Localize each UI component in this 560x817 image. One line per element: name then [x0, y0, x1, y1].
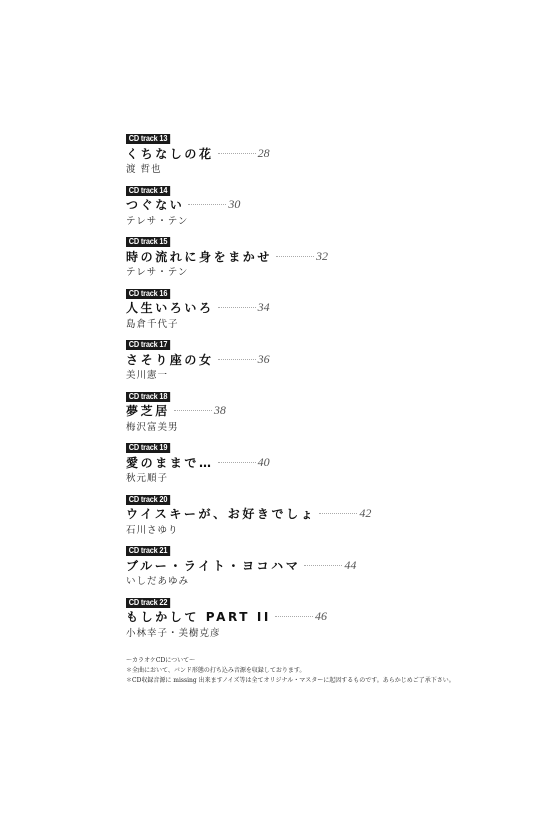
song-title: つぐない: [126, 196, 184, 213]
page-number: 34: [258, 300, 270, 315]
dotted-leader: [275, 616, 313, 617]
track-badge: CD track 20: [126, 495, 170, 505]
title-row: 夢芝居 38: [126, 404, 486, 418]
dotted-leader: [218, 153, 256, 154]
page-number: 40: [258, 455, 270, 470]
dotted-leader: [276, 256, 314, 257]
artist-name: テレサ・テン: [126, 264, 486, 278]
page-number: 32: [316, 249, 328, 264]
dotted-leader: [319, 513, 357, 514]
toc-entry-19: CD track 19 愛のままで… 40 秋元順子: [126, 435, 486, 487]
song-title: 愛のままで…: [126, 454, 214, 471]
track-badge: CD track 17: [126, 340, 170, 350]
title-row: 人生いろいろ 34: [126, 301, 486, 315]
dotted-leader: [174, 410, 212, 411]
track-badge: CD track 19: [126, 443, 170, 453]
track-badge: CD track 16: [126, 289, 170, 299]
track-badge: CD track 13: [126, 134, 170, 144]
title-row: 愛のままで… 40: [126, 455, 486, 469]
page-number: 30: [228, 197, 240, 212]
artist-name: テレサ・テン: [126, 213, 486, 227]
dotted-leader: [218, 462, 256, 463]
track-badge: CD track 14: [126, 186, 170, 196]
toc-entry-14: CD track 14 つぐない 30 テレサ・テン: [126, 178, 486, 230]
toc-entry-21: CD track 21 ブルー・ライト・ヨコハマ 44 いしだあゆみ: [126, 538, 486, 590]
song-title: 夢芝居: [126, 402, 170, 419]
song-title: さそり座の女: [126, 351, 214, 368]
title-row: 時の流れに身をまかせ 32: [126, 249, 486, 263]
track-badge: CD track 21: [126, 546, 170, 556]
title-row: もしかして PART II 46: [126, 610, 486, 624]
song-title: もしかして PART II: [126, 608, 271, 625]
dotted-leader: [218, 359, 256, 360]
dotted-leader: [304, 565, 342, 566]
song-title: 人生いろいろ: [126, 299, 214, 316]
artist-name: 美川憲一: [126, 367, 486, 381]
title-row: くちなしの花 28: [126, 146, 486, 160]
toc-entry-22: CD track 22 もしかして PART II 46 小林幸子・美樹克彦: [126, 590, 486, 642]
artist-name: 島倉千代子: [126, 316, 486, 330]
dotted-leader: [188, 204, 226, 205]
track-badge: CD track 18: [126, 392, 170, 402]
song-title: ウイスキーが、お好きでしょ: [126, 505, 315, 522]
toc-entry-18: CD track 18 夢芝居 38 梅沢富美男: [126, 384, 486, 436]
page-number: 42: [359, 506, 371, 521]
artist-name: 渡 哲也: [126, 161, 486, 175]
song-title: ブルー・ライト・ヨコハマ: [126, 557, 300, 574]
toc-entry-17: CD track 17 さそり座の女 36 美川憲一: [126, 332, 486, 384]
karaoke-cd-notes: 〜カラオケCDについて〜 ＊全曲において、バンド形態の打ち込み音源を収録しており…: [126, 656, 455, 686]
notes-line-1: ＊全曲において、バンド形態の打ち込み音源を収録しております。: [126, 666, 455, 676]
title-row: ブルー・ライト・ヨコハマ 44: [126, 558, 486, 572]
toc-entry-16: CD track 16 人生いろいろ 34 島倉千代子: [126, 281, 486, 333]
table-of-contents: CD track 13 くちなしの花 28 渡 哲也 CD track 14 つ…: [126, 126, 486, 641]
title-row: つぐない 30: [126, 198, 486, 212]
track-badge: CD track 22: [126, 598, 170, 608]
artist-name: 石川さゆり: [126, 522, 486, 536]
page-number: 44: [344, 558, 356, 573]
page-number: 36: [258, 352, 270, 367]
artist-name: 梅沢富美男: [126, 419, 486, 433]
dotted-leader: [218, 307, 256, 308]
title-row: さそり座の女 36: [126, 352, 486, 366]
song-title: 時の流れに身をまかせ: [126, 248, 272, 265]
artist-name: 小林幸子・美樹克彦: [126, 625, 486, 639]
song-title: くちなしの花: [126, 145, 214, 162]
artist-name: 秋元順子: [126, 470, 486, 484]
notes-heading: 〜カラオケCDについて〜: [126, 656, 455, 666]
title-row: ウイスキーが、お好きでしょ 42: [126, 507, 486, 521]
toc-entry-13: CD track 13 くちなしの花 28 渡 哲也: [126, 126, 486, 178]
page-number: 46: [315, 609, 327, 624]
toc-entry-15: CD track 15 時の流れに身をまかせ 32 テレサ・テン: [126, 229, 486, 281]
artist-name: いしだあゆみ: [126, 573, 486, 587]
track-badge: CD track 15: [126, 237, 170, 247]
page-number: 38: [214, 403, 226, 418]
notes-line-2: ＊CD収録音源に missing 出来ますノイズ等は全てオリジナル・マスターに起…: [126, 676, 455, 686]
page-number: 28: [258, 146, 270, 161]
toc-entry-20: CD track 20 ウイスキーが、お好きでしょ 42 石川さゆり: [126, 487, 486, 539]
